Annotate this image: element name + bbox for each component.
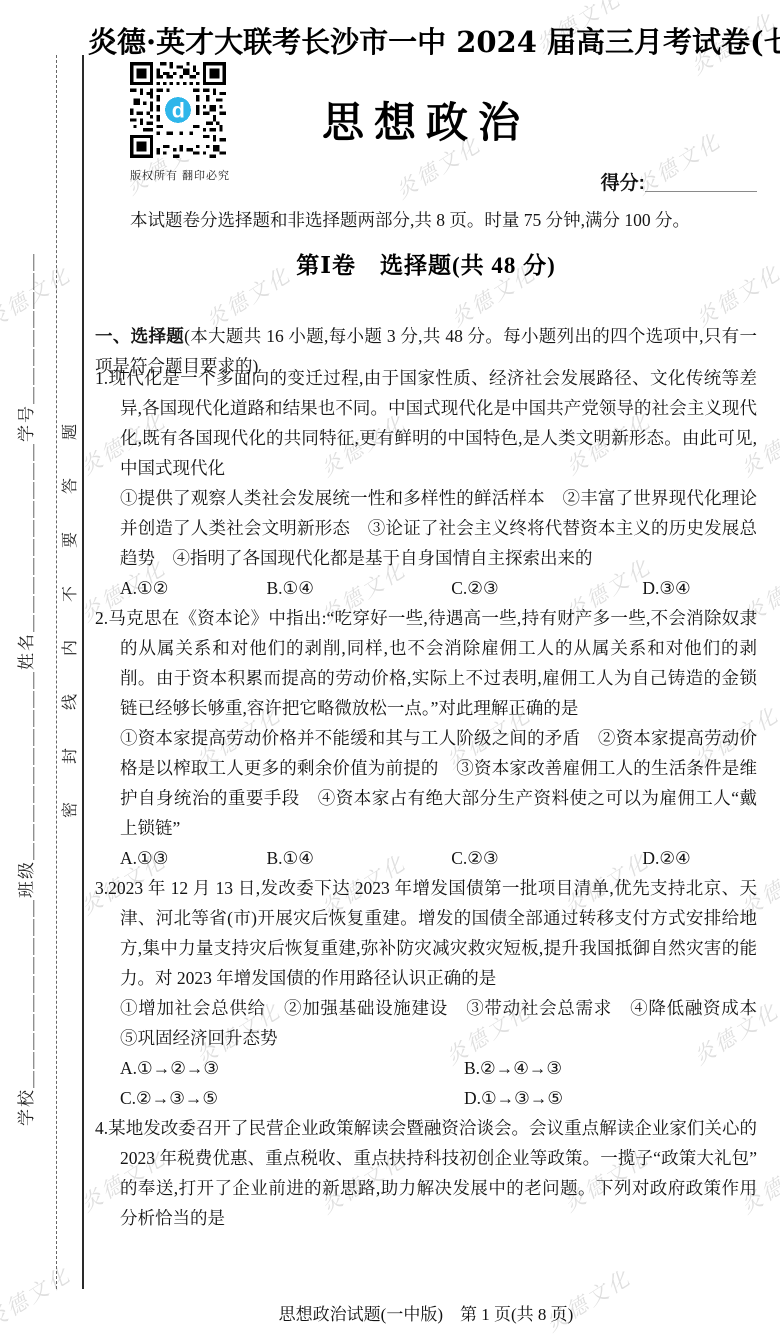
score-row: 得分: — [601, 168, 757, 195]
choice-option: B.②→④→③ — [464, 1053, 757, 1083]
student-info-fields: 学校＿＿＿＿＿＿＿＿＿＿班级＿＿＿＿＿＿＿＿＿＿姓名＿＿＿＿＿＿＿＿＿＿学号＿＿… — [6, 160, 48, 1218]
choice-option: D.①→③→⑤ — [464, 1083, 757, 1113]
score-blank-line — [645, 173, 757, 192]
question-number: 1. — [95, 368, 108, 388]
choice-option: C.②③ — [451, 573, 642, 603]
question-text: 马克思在《资本论》中指出:“吃穿好一些,待遇高一些,持有财产多一些,不会消除奴隶… — [108, 608, 757, 718]
question-number: 3. — [95, 878, 108, 898]
subject-title: 思想政治 — [95, 90, 757, 150]
question: 2.马克思在《资本论》中指出:“吃穿好一些,待遇高一些,持有财产多一些,不会消除… — [95, 603, 757, 873]
choice-option: C.②③ — [451, 843, 642, 873]
question-stem: 1.现代化是一个多面向的变迁过程,由于国家性质、经济社会发展路径、文化传统等差异… — [95, 363, 757, 483]
question: 1.现代化是一个多面向的变迁过程,由于国家性质、经济社会发展路径、文化传统等差异… — [95, 363, 757, 603]
exam-paper-page: 炎德文化炎德文化炎德文化炎德文化炎德文化炎德文化炎德文化炎德文化炎德文化炎德文化… — [0, 0, 780, 1344]
choices-row: A.①③B.①④C.②③D.②④ — [95, 843, 757, 873]
seal-dashed-line — [56, 55, 57, 1289]
question-subitems: ①增加社会总供给 ②加强基础设施建设 ③带动社会总需求 ④降低融资成本 ⑤巩固经… — [95, 993, 757, 1053]
question-text: 2023 年 12 月 13 日,发改委下达 2023 年增发国债第一批项目清单… — [108, 878, 757, 988]
watermark-text: 炎德文化 — [0, 1259, 77, 1335]
choice-option: D.②④ — [642, 843, 757, 873]
question-stem: 3.2023 年 12 月 13 日,发改委下达 2023 年增发国债第一批项目… — [95, 873, 757, 993]
question-text: 现代化是一个多面向的变迁过程,由于国家性质、经济社会发展路径、文化传统等差异,各… — [108, 368, 757, 478]
question-subitems: ①资本家提高劳动价格并不能缓和其与工人阶级之间的矛盾 ②资本家提高劳动价格是以榨… — [95, 723, 757, 843]
question: 4.某地发改委召开了民营企业政策解读会暨融资洽谈会。会议重点解读企业家们关心的 … — [95, 1113, 757, 1233]
choice-option: A.①→②→③ — [120, 1053, 464, 1083]
question-stem: 2.马克思在《资本论》中指出:“吃穿好一些,待遇高一些,持有财产多一些,不会消除… — [95, 603, 757, 723]
choice-option: A.①② — [120, 573, 267, 603]
seal-warning-text: 密封线内不要答题 — [60, 382, 82, 818]
score-label: 得分: — [601, 173, 645, 194]
question-number: 4. — [95, 1118, 108, 1138]
exam-intro: 本试题卷分选择题和非选择题两部分,共 8 页。时量 75 分钟,满分 100 分… — [95, 205, 757, 235]
choice-option: A.①③ — [120, 843, 267, 873]
choice-option: C.②→③→⑤ — [120, 1083, 464, 1113]
qr-caption: 版权所有 翻印必究 — [130, 167, 226, 183]
seal-solid-line — [82, 55, 84, 1289]
choice-option: B.①④ — [267, 843, 452, 873]
choices-row: A.①②B.①④C.②③D.③④ — [95, 573, 757, 603]
exam-title: 炎德·英才大联考长沙市一中 2024 届高三月考试卷(七) — [88, 20, 762, 61]
question-number: 2. — [95, 608, 108, 628]
choices-row: A.①→②→③B.②→④→③C.②→③→⑤D.①→③→⑤ — [95, 1053, 757, 1113]
question-text: 某地发改委召开了民营企业政策解读会暨融资洽谈会。会议重点解读企业家们关心的 20… — [108, 1118, 757, 1228]
choice-option: B.①④ — [267, 573, 452, 603]
question-stem: 4.某地发改委召开了民营企业政策解读会暨融资洽谈会。会议重点解读企业家们关心的 … — [95, 1113, 757, 1233]
choice-option: D.③④ — [642, 573, 757, 603]
questions: 1.现代化是一个多面向的变迁过程,由于国家性质、经济社会发展路径、文化传统等差异… — [95, 363, 757, 1233]
question: 3.2023 年 12 月 13 日,发改委下达 2023 年增发国债第一批项目… — [95, 873, 757, 1113]
question-subitems: ①提供了观察人类社会发展统一性和多样性的鲜活样本 ②丰富了世界现代化理论并创造了… — [95, 483, 757, 573]
page-footer: 思想政治试题(一中版) 第 1 页(共 8 页) — [95, 1300, 757, 1325]
section1-title: 第Ⅰ卷 选择题(共 48 分) — [95, 247, 757, 280]
part1-label: 一、选择题 — [95, 326, 184, 346]
